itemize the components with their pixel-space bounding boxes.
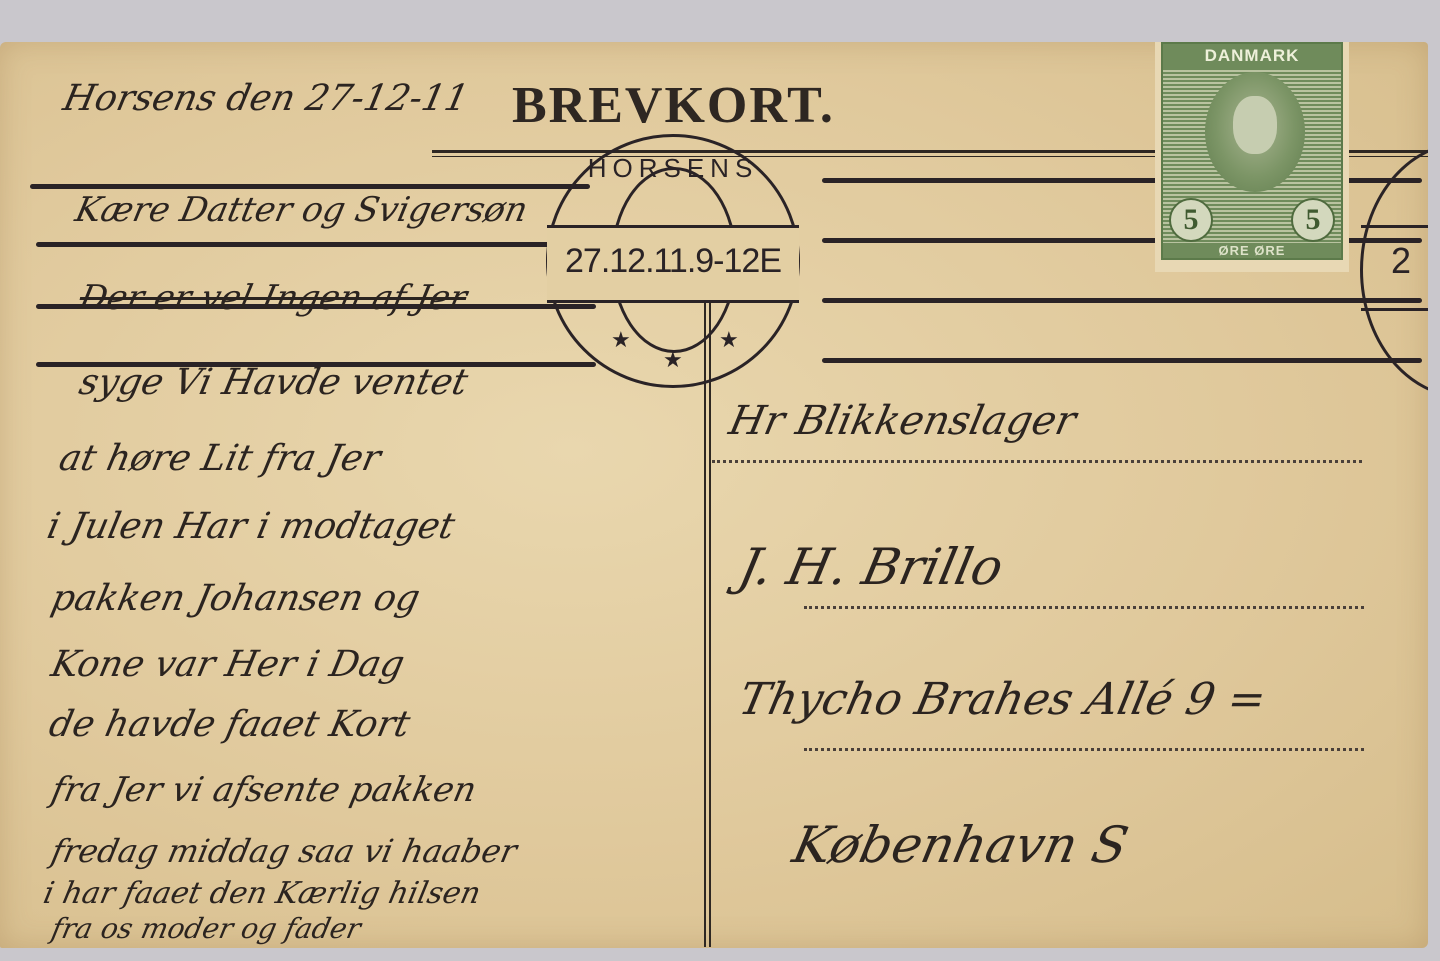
message-line: i har faaet den Kærlig hilsen (40, 876, 484, 911)
address-line: København S (788, 816, 1133, 874)
stamp-denomination: ØRE ØRE (1163, 243, 1341, 258)
postmark-partial-band: 2 (1361, 225, 1428, 311)
message-line: fra Jer vi afsente pakken (48, 770, 480, 810)
address-dotted-line (804, 606, 1364, 609)
star-icon: ★ (663, 347, 683, 373)
stamp-country: DANMARK (1163, 44, 1341, 68)
message-line: at høre Lit fra Jer (56, 438, 385, 479)
postage-stamp: DANMARK 5 5 ØRE ØRE (1155, 42, 1349, 272)
postmark: HORSENS 27.12.11.9-12E ★ ★ ★ (546, 134, 800, 388)
address-line: Hr Blikkenslager (725, 398, 1080, 444)
address-dotted-line (804, 748, 1364, 751)
address-line: J. H. Brillo (734, 538, 1008, 596)
stamp-value-right: 5 (1291, 198, 1335, 242)
card-title: BREVKORT. (512, 76, 835, 135)
cancel-line (36, 242, 596, 247)
message-line: pakken Johansen og (48, 578, 424, 619)
postmark-date-band: 27.12.11.9-12E (547, 225, 799, 303)
cancel-line (822, 298, 1422, 303)
stamp-value-left: 5 (1169, 198, 1213, 242)
stamp-portrait-icon (1205, 72, 1305, 192)
dateline: Horsens den 27-12-11 (60, 78, 473, 119)
message-line: i Julen Har i modtaget (44, 506, 459, 547)
postcard: BREVKORT. DANMARK 5 5 ØRE ØRE HORSENS 27… (0, 42, 1428, 948)
cancel-line (30, 184, 590, 189)
star-icon: ★ (719, 327, 739, 353)
message-line: fredag middag saa vi haaber (48, 832, 520, 870)
cancel-line (822, 358, 1422, 363)
king-portrait-icon (1233, 96, 1277, 154)
stamp-frame: DANMARK 5 5 ØRE ØRE (1161, 42, 1343, 260)
postmark-partial-digit: 2 (1391, 240, 1411, 282)
message-line: Kære Datter og Svigersøn (72, 190, 531, 230)
address-line: Thycho Brahes Allé 9 = (735, 674, 1271, 725)
address-dotted-line (712, 460, 1362, 463)
message-line: de havde faaet Kort (46, 704, 414, 745)
message-line: Der er vel Ingen af Jer (76, 278, 471, 318)
message-line: Kone var Her i Dag (48, 644, 408, 685)
message-line: syge Vi Havde ventet (76, 362, 472, 403)
star-icon: ★ (611, 327, 631, 353)
message-line: fra os moder og fader (48, 912, 363, 945)
postmark-date: 27.12.11.9-12E (547, 242, 799, 281)
